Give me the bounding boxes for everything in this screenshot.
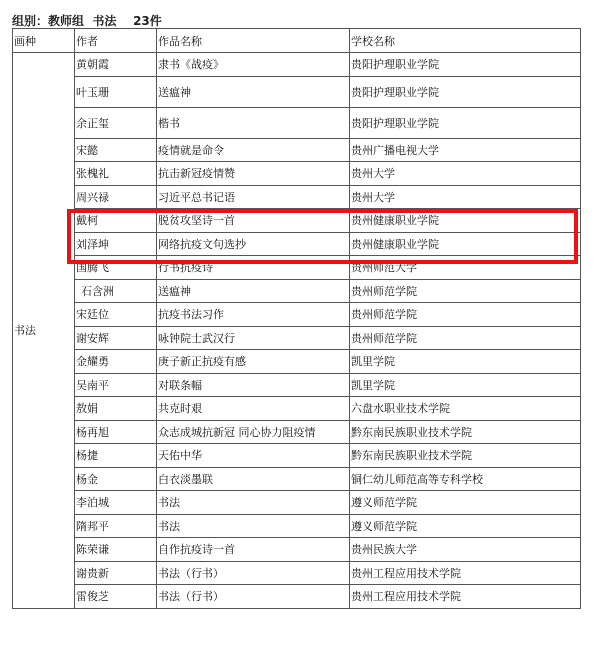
author-cell: 戴柯 bbox=[75, 209, 157, 233]
school-cell: 六盘水职业技术学院 bbox=[350, 397, 581, 421]
table-row: 谢贵新 书法（行书） 贵州工程应用技术学院 bbox=[13, 561, 581, 585]
title-cell: 送瘟神 bbox=[157, 279, 350, 303]
table-row: 周兴禄 习近平总书记语 贵州大学 bbox=[13, 185, 581, 209]
table-row: 国腾飞 行书抗疫诗 贵州师范大学 bbox=[13, 256, 581, 280]
table-row: 杨再旭 众志成城抗新冠 同心协力阻疫情 黔东南民族职业技术学院 bbox=[13, 420, 581, 444]
author-cell: 杨金 bbox=[75, 467, 157, 491]
title-cell: 自作抗疫诗一首 bbox=[157, 538, 350, 562]
table-row: 陈荣谦 自作抗疫诗一首 贵州民族大学 bbox=[13, 538, 581, 562]
table-row: 敖娟 共克时艰 六盘水职业技术学院 bbox=[13, 397, 581, 421]
title-cell: 楷书 bbox=[157, 107, 350, 138]
title-cell: 送瘟神 bbox=[157, 76, 350, 107]
school-cell: 贵州健康职业学院 bbox=[350, 209, 581, 233]
author-cell: 吴南平 bbox=[75, 373, 157, 397]
school-cell: 黔东南民族职业技术学院 bbox=[350, 444, 581, 468]
school-cell: 贵州师范学院 bbox=[350, 279, 581, 303]
school-cell: 贵州工程应用技术学院 bbox=[350, 561, 581, 585]
title-cell: 庚子新正抗疫有感 bbox=[157, 350, 350, 374]
title-cell: 抗疫书法习作 bbox=[157, 303, 350, 327]
works-table: 画种 作者 作品名称 学校名称 书法 黄朝霞 隶书《战疫》 贵阳护理职业学院 叶… bbox=[12, 28, 581, 609]
author-cell: 刘泽坤 bbox=[75, 232, 157, 256]
title-cell: 疫情就是命令 bbox=[157, 138, 350, 162]
school-cell: 凯里学院 bbox=[350, 350, 581, 374]
author-cell: 张槐礼 bbox=[75, 162, 157, 186]
table-row: 叶玉珊 送瘟神 贵阳护理职业学院 bbox=[13, 76, 581, 107]
table-row: 杨金 白衣淡墨联 铜仁幼儿师范高等专科学校 bbox=[13, 467, 581, 491]
author-cell: 杨捷 bbox=[75, 444, 157, 468]
table-row: 宋廷位 抗疫书法习作 贵州师范学院 bbox=[13, 303, 581, 327]
title-cell: 行书抗疫诗 bbox=[157, 256, 350, 280]
author-cell: 雷俊芝 bbox=[75, 585, 157, 609]
school-cell: 贵州广播电视大学 bbox=[350, 138, 581, 162]
school-cell: 遵义师范学院 bbox=[350, 491, 581, 515]
author-cell: 谢安辉 bbox=[75, 326, 157, 350]
school-cell: 黔东南民族职业技术学院 bbox=[350, 420, 581, 444]
table-row: 谢安辉 咏钟院士武汉行 贵州师范学院 bbox=[13, 326, 581, 350]
table-row: 雷俊芝 书法（行书） 贵州工程应用技术学院 bbox=[13, 585, 581, 609]
author-cell: 宋廷位 bbox=[75, 303, 157, 327]
author-cell: 谢贵新 bbox=[75, 561, 157, 585]
title-cell: 习近平总书记语 bbox=[157, 185, 350, 209]
title-cell: 咏钟院士武汉行 bbox=[157, 326, 350, 350]
title-cell: 网络抗疫文句选抄 bbox=[157, 232, 350, 256]
title-cell: 众志成城抗新冠 同心协力阻疫情 bbox=[157, 420, 350, 444]
author-cell: 陈荣谦 bbox=[75, 538, 157, 562]
header-title: 作品名称 bbox=[157, 29, 350, 53]
author-cell: 周兴禄 bbox=[75, 185, 157, 209]
table-row: 宋懿 疫情就是命令 贵州广播电视大学 bbox=[13, 138, 581, 162]
header-school: 学校名称 bbox=[350, 29, 581, 53]
header-author: 作者 bbox=[75, 29, 157, 53]
school-cell: 贵州师范学院 bbox=[350, 326, 581, 350]
category-cell: 书法 bbox=[13, 53, 75, 609]
title-cell: 对联条幅 bbox=[157, 373, 350, 397]
title-cell: 脱贫攻坚诗一首 bbox=[157, 209, 350, 233]
table-row: 李泊城 书法 遵义师范学院 bbox=[13, 491, 581, 515]
author-cell: 余正玺 bbox=[75, 107, 157, 138]
school-cell: 贵阳护理职业学院 bbox=[350, 107, 581, 138]
title-cell: 天佑中华 bbox=[157, 444, 350, 468]
author-cell: 敖娟 bbox=[75, 397, 157, 421]
title-cell: 共克时艰 bbox=[157, 397, 350, 421]
author-cell: 李泊城 bbox=[75, 491, 157, 515]
school-cell: 贵州健康职业学院 bbox=[350, 232, 581, 256]
table-row: 隋邦平 书法 遵义师范学院 bbox=[13, 514, 581, 538]
author-cell: 宋懿 bbox=[75, 138, 157, 162]
title-cell: 抗击新冠疫情赞 bbox=[157, 162, 350, 186]
school-cell: 贵阳护理职业学院 bbox=[350, 53, 581, 77]
author-cell: 叶玉珊 bbox=[75, 76, 157, 107]
school-cell: 贵州大学 bbox=[350, 162, 581, 186]
header-category: 画种 bbox=[13, 29, 75, 53]
table-row: 书法 黄朝霞 隶书《战疫》 贵阳护理职业学院 bbox=[13, 53, 581, 77]
school-cell: 凯里学院 bbox=[350, 373, 581, 397]
author-cell: 国腾飞 bbox=[75, 256, 157, 280]
title-cell: 书法（行书） bbox=[157, 585, 350, 609]
table-row: 余正玺 楷书 贵阳护理职业学院 bbox=[13, 107, 581, 138]
table-header-row: 画种 作者 作品名称 学校名称 bbox=[13, 29, 581, 53]
table-row: 张槐礼 抗击新冠疫情赞 贵州大学 bbox=[13, 162, 581, 186]
table-row-highlighted: 戴柯 脱贫攻坚诗一首 贵州健康职业学院 bbox=[13, 209, 581, 233]
title-cell: 书法 bbox=[157, 491, 350, 515]
author-cell: 金耀勇 bbox=[75, 350, 157, 374]
title-cell: 隶书《战疫》 bbox=[157, 53, 350, 77]
table-row-highlighted: 刘泽坤 网络抗疫文句选抄 贵州健康职业学院 bbox=[13, 232, 581, 256]
school-cell: 贵州师范学院 bbox=[350, 303, 581, 327]
table-row: 金耀勇 庚子新正抗疫有感 凯里学院 bbox=[13, 350, 581, 374]
school-cell: 贵州民族大学 bbox=[350, 538, 581, 562]
title-cell: 白衣淡墨联 bbox=[157, 467, 350, 491]
group-caption: 组别：教师组 书法 23件 bbox=[12, 12, 162, 29]
author-cell: 隋邦平 bbox=[75, 514, 157, 538]
school-cell: 贵阳护理职业学院 bbox=[350, 76, 581, 107]
table-row: 杨捷 天佑中华 黔东南民族职业技术学院 bbox=[13, 444, 581, 468]
author-cell: 黄朝霞 bbox=[75, 53, 157, 77]
author-cell: 石含洲 bbox=[75, 279, 157, 303]
school-cell: 铜仁幼儿师范高等专科学校 bbox=[350, 467, 581, 491]
school-cell: 贵州师范大学 bbox=[350, 256, 581, 280]
school-cell: 遵义师范学院 bbox=[350, 514, 581, 538]
title-cell: 书法（行书） bbox=[157, 561, 350, 585]
author-cell: 杨再旭 bbox=[75, 420, 157, 444]
table-row: 石含洲 送瘟神 贵州师范学院 bbox=[13, 279, 581, 303]
school-cell: 贵州大学 bbox=[350, 185, 581, 209]
table-row: 吴南平 对联条幅 凯里学院 bbox=[13, 373, 581, 397]
school-cell: 贵州工程应用技术学院 bbox=[350, 585, 581, 609]
title-cell: 书法 bbox=[157, 514, 350, 538]
